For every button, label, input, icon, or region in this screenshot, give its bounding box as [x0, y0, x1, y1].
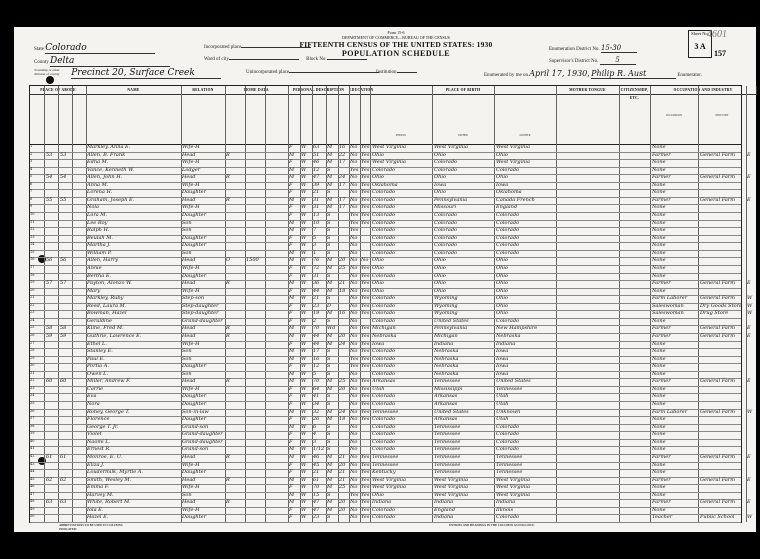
occupation: Farmer	[652, 152, 698, 158]
birthplace-mother: England	[496, 204, 556, 210]
can-read: Yes	[361, 152, 370, 158]
worker-class: E	[747, 378, 757, 384]
sex: F	[289, 273, 300, 279]
sex: M	[289, 295, 300, 301]
birthplace-person: Ohio	[372, 152, 432, 158]
person-name: Lorena H.	[87, 189, 181, 195]
birthplace-father: Missouri	[434, 204, 494, 210]
header-birth-person: PERSON	[370, 94, 433, 144]
relation: Head	[182, 152, 225, 158]
attended-school: No	[350, 265, 360, 271]
sex: F	[289, 484, 300, 490]
birthplace-mother: New Hampshire	[496, 325, 556, 331]
birthplace-father: Nebraska	[434, 371, 494, 377]
person-name: Nora	[87, 401, 181, 407]
occupation: None	[652, 182, 698, 188]
relation: Wife-H	[182, 507, 225, 513]
relation: Daughter	[182, 363, 225, 369]
relation: Step-daughter	[182, 310, 225, 316]
birthplace-person: Colorado	[372, 348, 432, 354]
birthplace-mother: Ohio	[496, 152, 556, 158]
marital-status: S	[327, 356, 338, 362]
age: 36	[313, 280, 326, 286]
age: 19	[313, 310, 326, 316]
line-number: 46	[30, 484, 43, 488]
relation: Grand-daughter	[182, 431, 225, 437]
dwelling-number: 57	[46, 280, 58, 286]
relation: Lodger	[182, 167, 225, 173]
line-number: 27	[30, 341, 43, 345]
person-name: Reed, Laura M.	[87, 303, 181, 309]
sex: M	[289, 220, 300, 226]
attended-school: Yes	[350, 492, 360, 498]
relation: Wife-H	[182, 288, 225, 294]
industry: General Farm	[700, 174, 746, 180]
age: 7	[313, 227, 326, 233]
can-read: Yes	[361, 174, 370, 180]
line-number: 15	[30, 250, 43, 254]
line-number: 25	[30, 325, 43, 329]
marital-status: M	[327, 469, 338, 475]
sex: F	[289, 242, 300, 248]
industry: Drug Store	[700, 310, 746, 316]
marital-status: M	[327, 477, 338, 483]
occupation: None	[652, 189, 698, 195]
line-number: 13	[30, 235, 43, 239]
race: W	[301, 409, 312, 415]
marital-status: S	[327, 220, 338, 226]
age-at-marriage: 25	[339, 378, 349, 384]
relation: Son	[182, 348, 225, 354]
age: 6	[313, 424, 326, 430]
can-read: Yes	[361, 295, 370, 301]
can-read: Yes	[361, 378, 370, 384]
worker-class: E	[747, 454, 757, 460]
person-name: Beulah M.	[87, 235, 181, 241]
line-number: 8	[30, 197, 43, 201]
age: 41	[313, 393, 326, 399]
birthplace-person: Ohio	[372, 280, 432, 286]
occupation: Farmer	[652, 280, 698, 286]
birthplace-mother: Colorado	[496, 235, 556, 241]
can-read: Yes	[361, 333, 370, 339]
person-name: White, Robert M.	[87, 499, 181, 505]
relation: Head	[182, 325, 225, 331]
marital-status: S	[327, 167, 338, 173]
marital-status: S	[327, 371, 338, 377]
age: 3	[313, 242, 326, 248]
supervisor-district-field: Supervisor's District No. 5	[549, 56, 636, 65]
birthplace-father: Tennessee	[434, 378, 494, 384]
relation: Wife-H	[182, 341, 225, 347]
can-read: Yes	[361, 159, 370, 165]
race: W	[301, 144, 312, 150]
line-number: 7	[30, 189, 43, 193]
birthplace-father: Wyoming	[434, 295, 494, 301]
person-name: Payton, Alonzo W.	[87, 280, 181, 286]
dwelling-number: 60	[46, 378, 58, 384]
occupation: None	[652, 167, 698, 173]
marital-status: S	[327, 250, 338, 256]
birthplace-person: Ohio	[372, 288, 432, 294]
birthplace-person: Colorado	[372, 424, 432, 430]
sex: M	[289, 499, 300, 505]
birthplace-mother: Utah	[496, 416, 556, 422]
birthplace-father: Michigan	[434, 333, 494, 339]
birthplace-person: Colorado	[372, 220, 432, 226]
occupation: Farm Laborer	[652, 409, 698, 415]
sex: F	[289, 469, 300, 475]
occupation: Farmer	[652, 378, 698, 384]
line-number: 36	[30, 409, 43, 413]
attended-school: No	[350, 174, 360, 180]
race: W	[301, 325, 312, 331]
age-at-marriage: 20	[339, 386, 349, 392]
relation: Step-son	[182, 295, 225, 301]
attended-school: No	[350, 454, 360, 460]
birthplace-mother: West Virginia	[496, 477, 556, 483]
birthplace-person: Iowa	[372, 341, 432, 347]
can-read: Yes	[361, 348, 370, 354]
marital-status: M	[327, 152, 338, 158]
can-read: Yes	[361, 197, 370, 203]
birthplace-mother: Utah	[496, 401, 556, 407]
sex: M	[289, 454, 300, 460]
home-tenure: R	[226, 333, 244, 339]
birthplace-father: Indiana	[434, 514, 494, 520]
sex: M	[289, 477, 300, 483]
person-name: Iola E.	[87, 507, 181, 513]
age-at-marriage: 16	[339, 144, 349, 150]
occupation: Saleswoman	[652, 310, 698, 316]
relation: Grand-daughter	[182, 439, 225, 445]
birthplace-person: Colorado	[372, 363, 432, 369]
industry: General Farm	[700, 325, 746, 331]
birthplace-person: Colorado	[372, 189, 432, 195]
sex: F	[289, 159, 300, 165]
race: W	[301, 386, 312, 392]
person-name: Portia A.	[87, 363, 181, 369]
family-number: 57	[60, 280, 72, 286]
birthplace-father: England	[434, 507, 494, 513]
birthplace-person: Colorado	[372, 295, 432, 301]
attended-school: No	[350, 484, 360, 490]
birthplace-person: West Virginia	[372, 477, 432, 483]
table-row: 50Hazel E.DaughterFW23SNoYesColoradoIndi…	[30, 514, 741, 523]
race: W	[301, 424, 312, 430]
age: 47	[313, 507, 326, 513]
person-name: Kline, Fred M.	[87, 325, 181, 331]
family-number: 53	[60, 152, 72, 158]
occupation: None	[652, 348, 698, 354]
sex: M	[289, 197, 300, 203]
marital-status: M	[327, 144, 338, 150]
birthplace-person: Nebraska	[372, 333, 432, 339]
dwelling-number: 56	[46, 257, 58, 263]
birthplace-father: United States	[434, 409, 494, 415]
enumeration-district-value: 15-30	[601, 44, 637, 53]
age: 51	[313, 152, 326, 158]
line-number: 24	[30, 318, 43, 322]
birthplace-mother: West Virginia	[496, 484, 556, 490]
attended-school: No	[350, 303, 360, 309]
relation: Head	[182, 197, 225, 203]
person-name: Roney, George T.	[87, 409, 181, 415]
age: 21	[313, 295, 326, 301]
attended-school: No	[350, 159, 360, 165]
age: 45	[313, 462, 326, 468]
family-number: 55	[60, 197, 72, 203]
age-at-marriage: 20	[339, 499, 349, 505]
birthplace-father: Tennessee	[434, 439, 494, 445]
birthplace-person: Colorado	[372, 204, 432, 210]
age-at-marriage: 20	[339, 462, 349, 468]
occupation: None	[652, 431, 698, 437]
attended-school: No	[350, 273, 360, 279]
birthplace-father: Tennessee	[434, 431, 494, 437]
age-at-marriage: 21	[339, 280, 349, 286]
sex: F	[289, 507, 300, 513]
line-number: 4	[30, 167, 43, 171]
relation: Son	[182, 227, 225, 233]
marital-status: S	[327, 295, 338, 301]
age: 61	[313, 477, 326, 483]
birthplace-person: Ohio	[372, 257, 432, 263]
birthplace-mother: Colorado	[496, 167, 556, 173]
marital-status: Wd	[327, 325, 338, 331]
occupation: None	[652, 446, 698, 452]
person-name: Eva	[87, 393, 181, 399]
line-number: 42	[30, 454, 43, 458]
relation: Son-in-law	[182, 409, 225, 415]
sex: F	[289, 431, 300, 437]
race: W	[301, 431, 312, 437]
age: 5	[313, 235, 326, 241]
person-name: Loudermilk, Myrtle A.	[87, 469, 181, 475]
age-at-marriage: 20	[339, 257, 349, 263]
occupation: None	[652, 371, 698, 377]
person-name: Markley, Ruby	[87, 295, 181, 301]
relation: Son	[182, 492, 225, 498]
can-read: Yes	[361, 484, 370, 490]
can-read: Yes	[361, 492, 370, 498]
relation: Grand-son	[182, 446, 225, 452]
birthplace-mother: Ohio	[496, 310, 556, 316]
line-number: 35	[30, 401, 43, 405]
marital-status: M	[327, 409, 338, 415]
race: W	[301, 318, 312, 324]
birthplace-person: Colorado	[372, 303, 432, 309]
age: 13	[313, 212, 326, 218]
age-at-marriage: 20	[339, 333, 349, 339]
sex: M	[289, 371, 300, 377]
attended-school: No	[350, 514, 360, 520]
stamp-number: 4601	[707, 29, 727, 40]
marital-status: M	[327, 499, 338, 505]
birthplace-mother: Iowa	[496, 363, 556, 369]
age: 12	[313, 363, 326, 369]
race: W	[301, 477, 312, 483]
marital-status: D	[327, 303, 338, 309]
birthplace-person: Colorado	[372, 167, 432, 173]
marital-status: M	[327, 174, 338, 180]
supervisor-district-value: 5	[600, 56, 636, 65]
can-read: Yes	[361, 514, 370, 520]
line-number: 40	[30, 439, 43, 443]
line-number: 1	[30, 144, 43, 148]
race: W	[301, 439, 312, 445]
attended-school: No	[350, 386, 360, 392]
person-name: Ethel L.	[87, 341, 181, 347]
person-name: Bertha E.	[87, 273, 181, 279]
worker-class: W	[747, 409, 757, 415]
birthplace-father: Indiana	[434, 499, 494, 505]
occupation: Farmer	[652, 197, 698, 203]
birthplace-mother: Ohio	[496, 280, 556, 286]
line-number: 16	[30, 257, 43, 261]
marital-status: M	[327, 484, 338, 490]
family-number: 56	[60, 257, 72, 263]
line-number: 3	[30, 159, 43, 163]
birthplace-father: Colorado	[434, 220, 494, 226]
marital-status: M	[327, 288, 338, 294]
dwelling-number: 63	[46, 499, 58, 505]
person-name: Harvey M.	[87, 492, 181, 498]
race: W	[301, 303, 312, 309]
age: 10	[313, 220, 326, 226]
birthplace-person: Colorado	[372, 439, 432, 445]
line-number: 2	[30, 152, 43, 156]
person-name: Paul E.	[87, 356, 181, 362]
marital-status: M	[327, 416, 338, 422]
race: W	[301, 182, 312, 188]
marital-status: S	[327, 227, 338, 233]
person-name: Hazel E.	[87, 514, 181, 520]
birthplace-father: Colorado	[434, 235, 494, 241]
sex: F	[289, 439, 300, 445]
marital-status: S	[327, 424, 338, 430]
person-name: Annie	[87, 265, 181, 271]
line-number: 12	[30, 227, 43, 231]
birthplace-mother: Colorado	[496, 220, 556, 226]
birthplace-person: Arkansas	[372, 378, 432, 384]
occupation: None	[652, 341, 698, 347]
relation: Wife-H	[182, 144, 225, 150]
home-tenure: R	[226, 325, 244, 331]
age: 15	[313, 492, 326, 498]
census-title: FIFTEENTH CENSUS OF THE UNITED STATES: 1…	[276, 40, 516, 49]
occupation: None	[652, 204, 698, 210]
person-name: Stanley E.	[87, 348, 181, 354]
population-table: PLACE OF ABODE NAME RELATION HOME DATA P…	[29, 85, 742, 523]
age-at-marriage: 20	[339, 507, 349, 513]
home-tenure: R	[226, 197, 244, 203]
can-read: Yes	[361, 310, 370, 316]
marital-status: S	[327, 273, 338, 279]
relation: Daughter	[182, 416, 225, 422]
marital-status: S	[327, 212, 338, 218]
line-number: 26	[30, 333, 43, 337]
marital-status: S	[327, 235, 338, 241]
age: 31	[313, 197, 326, 203]
can-read: Yes	[361, 416, 370, 422]
dwelling-number: 55	[46, 197, 58, 203]
birthplace-father: Tennessee	[434, 454, 494, 460]
age-at-marriage: 18	[339, 416, 349, 422]
birthplace-mother: Utah	[496, 393, 556, 399]
birthplace-person: Colorado	[372, 273, 432, 279]
home-value: 1500	[246, 257, 265, 263]
marital-status: S	[327, 514, 338, 520]
line-number: 21	[30, 295, 43, 299]
attended-school: No	[350, 378, 360, 384]
attended-school: No	[350, 242, 360, 248]
birthplace-mother: Colorado	[496, 212, 556, 218]
race: W	[301, 204, 312, 210]
person-name: Graham, Joseph E.	[87, 197, 181, 203]
birthplace-mother: Tennessee	[496, 386, 556, 392]
birthplace-mother: Canada French	[496, 197, 556, 203]
sex: F	[289, 416, 300, 422]
age-at-marriage: 17	[339, 159, 349, 165]
line-number: 45	[30, 477, 43, 481]
birthplace-person: Tennessee	[372, 454, 432, 460]
marital-status: M	[327, 182, 338, 188]
line-number: 10	[30, 212, 43, 216]
birthplace-mother: Ohio	[496, 288, 556, 294]
person-name: Smith, Wesley M.	[87, 477, 181, 483]
industry: General Farm	[700, 499, 746, 505]
line-number: 38	[30, 424, 43, 428]
birthplace-person: Kentucky	[372, 469, 432, 475]
age: 39	[313, 182, 326, 188]
person-name: Guthrie, Lawrence E.	[87, 333, 181, 339]
race: W	[301, 492, 312, 498]
attended-school: Yes	[350, 167, 360, 173]
person-name: Allen, B. Frank	[87, 152, 181, 158]
birthplace-person: Colorado	[372, 514, 432, 520]
can-read: Yes	[361, 401, 370, 407]
birthplace-father: Tennessee	[434, 469, 494, 475]
birthplace-mother: Ohio	[496, 257, 556, 263]
attended-school: No	[350, 416, 360, 422]
birthplace-person: West Virginia	[372, 159, 432, 165]
line-number: 14	[30, 242, 43, 246]
race: W	[301, 499, 312, 505]
relation: Wife-H	[182, 182, 225, 188]
line-number: 49	[30, 507, 43, 511]
line-number: 18	[30, 273, 43, 277]
person-name: Lee Roy	[87, 220, 181, 226]
birthplace-person: Colorado	[372, 371, 432, 377]
can-read: No	[361, 257, 370, 263]
birthplace-mother: Colorado	[496, 424, 556, 430]
birthplace-mother: Tennessee	[496, 454, 556, 460]
birthplace-father: Ohio	[434, 288, 494, 294]
occupation: None	[652, 393, 698, 399]
person-name: Allen, John H.	[87, 174, 181, 180]
birthplace-mother: Ohio	[496, 303, 556, 309]
birthplace-person: Tennessee	[372, 462, 432, 468]
can-read: Yes	[361, 144, 370, 150]
sex: F	[289, 310, 300, 316]
birthplace-father: Ohio	[434, 273, 494, 279]
worker-class: E	[747, 174, 757, 180]
line-number: 31	[30, 371, 43, 375]
attended-school: No	[350, 310, 360, 316]
person-name: Naomi L.	[87, 439, 181, 445]
relation: Daughter	[182, 189, 225, 195]
